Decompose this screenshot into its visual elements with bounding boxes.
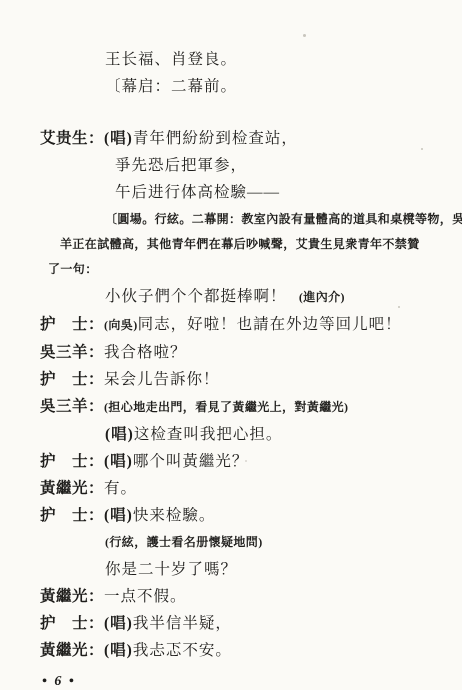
script-line: 黃繼光：一点不假。 — [40, 583, 436, 610]
script-line: 〔幕启：二幕前。 — [105, 73, 436, 100]
dialogue-text: 哪个叫黃繼光？ — [133, 453, 249, 470]
script-line: 午后进行体高检驗—— — [115, 179, 436, 206]
speaker-name: 黃繼光： — [40, 475, 104, 502]
script-line: 护 士：(唱)快来检驗。 — [40, 502, 436, 529]
dialogue-text: 小伙子們个个都挺棒啊！ — [105, 288, 287, 305]
script-line: 护 士：呆会儿告訴你！ — [40, 366, 436, 393]
speaker-name: 艾贵生： — [40, 125, 104, 152]
script-line: 黃繼光：有。 — [40, 475, 436, 502]
stage-direction: (担心地走出門，看見了黃繼光上，對黃繼光) — [104, 400, 348, 414]
dialogue-text: 这检查叫我把心担。 — [134, 426, 283, 443]
script-line: 吳三羊：(担心地走出門，看見了黃繼光上，對黃繼光) — [40, 393, 436, 421]
script-line: 了一句： — [48, 258, 436, 281]
dialogue-text: 〔幕启：二幕前。 — [105, 78, 237, 95]
dialogue-text: 我合格啦？ — [104, 344, 187, 361]
speaker-name: 护 士： — [40, 610, 104, 637]
script-line: 吳三羊：我合格啦？ — [40, 339, 436, 366]
script-line: 王长福、肖登良。 — [105, 46, 436, 73]
speaker-name: 护 士： — [40, 311, 104, 338]
dialogue-text: 爭先恐后把軍参， — [115, 157, 247, 174]
dialogue-text: 呆会儿告訴你！ — [104, 371, 220, 388]
dialogue-text: 你是二十岁了嗎？ — [105, 561, 237, 578]
script-lines: 王长福、肖登良。〔幕启：二幕前。艾贵生：(唱)青年們紛紛到检查站，爭先恐后把軍参… — [40, 46, 436, 664]
script-line: (唱)这检查叫我把心担。 — [105, 421, 436, 448]
dialogue-text: (唱) — [105, 426, 134, 443]
stage-direction: (向吳) — [104, 318, 138, 332]
scan-speck — [398, 306, 400, 308]
speaker-name: 护 士： — [40, 366, 104, 393]
stage-direction: 了一句： — [48, 262, 98, 276]
stage-direction: (行絃，護士看名册懷疑地問) — [105, 535, 263, 549]
dialogue-text: (唱) — [104, 507, 133, 524]
dialogue-text: 我半信半疑， — [133, 615, 232, 632]
speaker-name: 黃繼光： — [40, 583, 104, 610]
dialogue-text: 快来检驗。 — [133, 507, 216, 524]
stage-direction: 羊正在試體高，其他青年們在幕后吵喊聲，艾貴生見衆青年不禁贊 — [60, 237, 420, 251]
scan-speck — [421, 148, 423, 150]
scan-speck — [245, 460, 247, 462]
speaker-name: 黃繼光： — [40, 637, 104, 664]
script-line: 〔圓場。行絃。二幕開：教室內設有量體高的道具和桌櫈等物，吳三 — [105, 208, 436, 231]
dialogue-text: 青年們紛紛到检查站， — [133, 130, 298, 147]
dialogue-text: (唱) — [104, 642, 133, 659]
script-line: 羊正在試體高，其他青年們在幕后吵喊聲，艾貴生見衆青年不禁贊 — [60, 233, 436, 256]
script-line: 爭先恐后把軍参， — [115, 152, 436, 179]
script-line: 艾贵生：(唱)青年們紛紛到检查站， — [40, 125, 436, 152]
stage-direction: (進內介) — [287, 290, 345, 304]
speaker-name: 护 士： — [40, 502, 104, 529]
dialogue-text: 有。 — [104, 480, 137, 497]
speaker-name: 吳三羊： — [40, 339, 104, 366]
dialogue-text: 同志，好啦！也請在外边等回儿吧！ — [138, 316, 402, 333]
dialogue-text: 我忐忑不安。 — [133, 642, 232, 659]
stage-direction: 〔圓場。行絃。二幕開：教室內設有量體高的道具和桌櫈等物，吳三 — [105, 212, 462, 226]
scan-speck — [303, 34, 306, 37]
dialogue-text: (唱) — [104, 453, 133, 470]
dialogue-text: (唱) — [104, 130, 133, 147]
speaker-name: 护 士： — [40, 448, 104, 475]
script-line: 小伙子們个个都挺棒啊！ (進內介) — [105, 283, 436, 311]
scanned-script-page: 王长福、肖登良。〔幕启：二幕前。艾贵生：(唱)青年們紛紛到检查站，爭先恐后把軍参… — [0, 0, 462, 690]
dialogue-text: (唱) — [104, 615, 133, 632]
script-line: 你是二十岁了嗎？ — [105, 556, 436, 583]
script-line: 护 士：(向吳)同志，好啦！也請在外边等回儿吧！ — [40, 311, 436, 339]
speaker-name: 吳三羊： — [40, 393, 104, 420]
page-number: • 6 • — [42, 674, 436, 690]
dialogue-text: 王长福、肖登良。 — [105, 51, 237, 68]
script-line: 黃繼光：(唱)我忐忑不安。 — [40, 637, 436, 664]
script-line: (行絃，護士看名册懷疑地問) — [105, 531, 436, 554]
script-line: 护 士：(唱)我半信半疑， — [40, 610, 436, 637]
dialogue-text: 午后进行体高检驗—— — [115, 184, 280, 201]
script-line: 护 士：(唱)哪个叫黃繼光？ — [40, 448, 436, 475]
dialogue-text: 一点不假。 — [104, 588, 187, 605]
